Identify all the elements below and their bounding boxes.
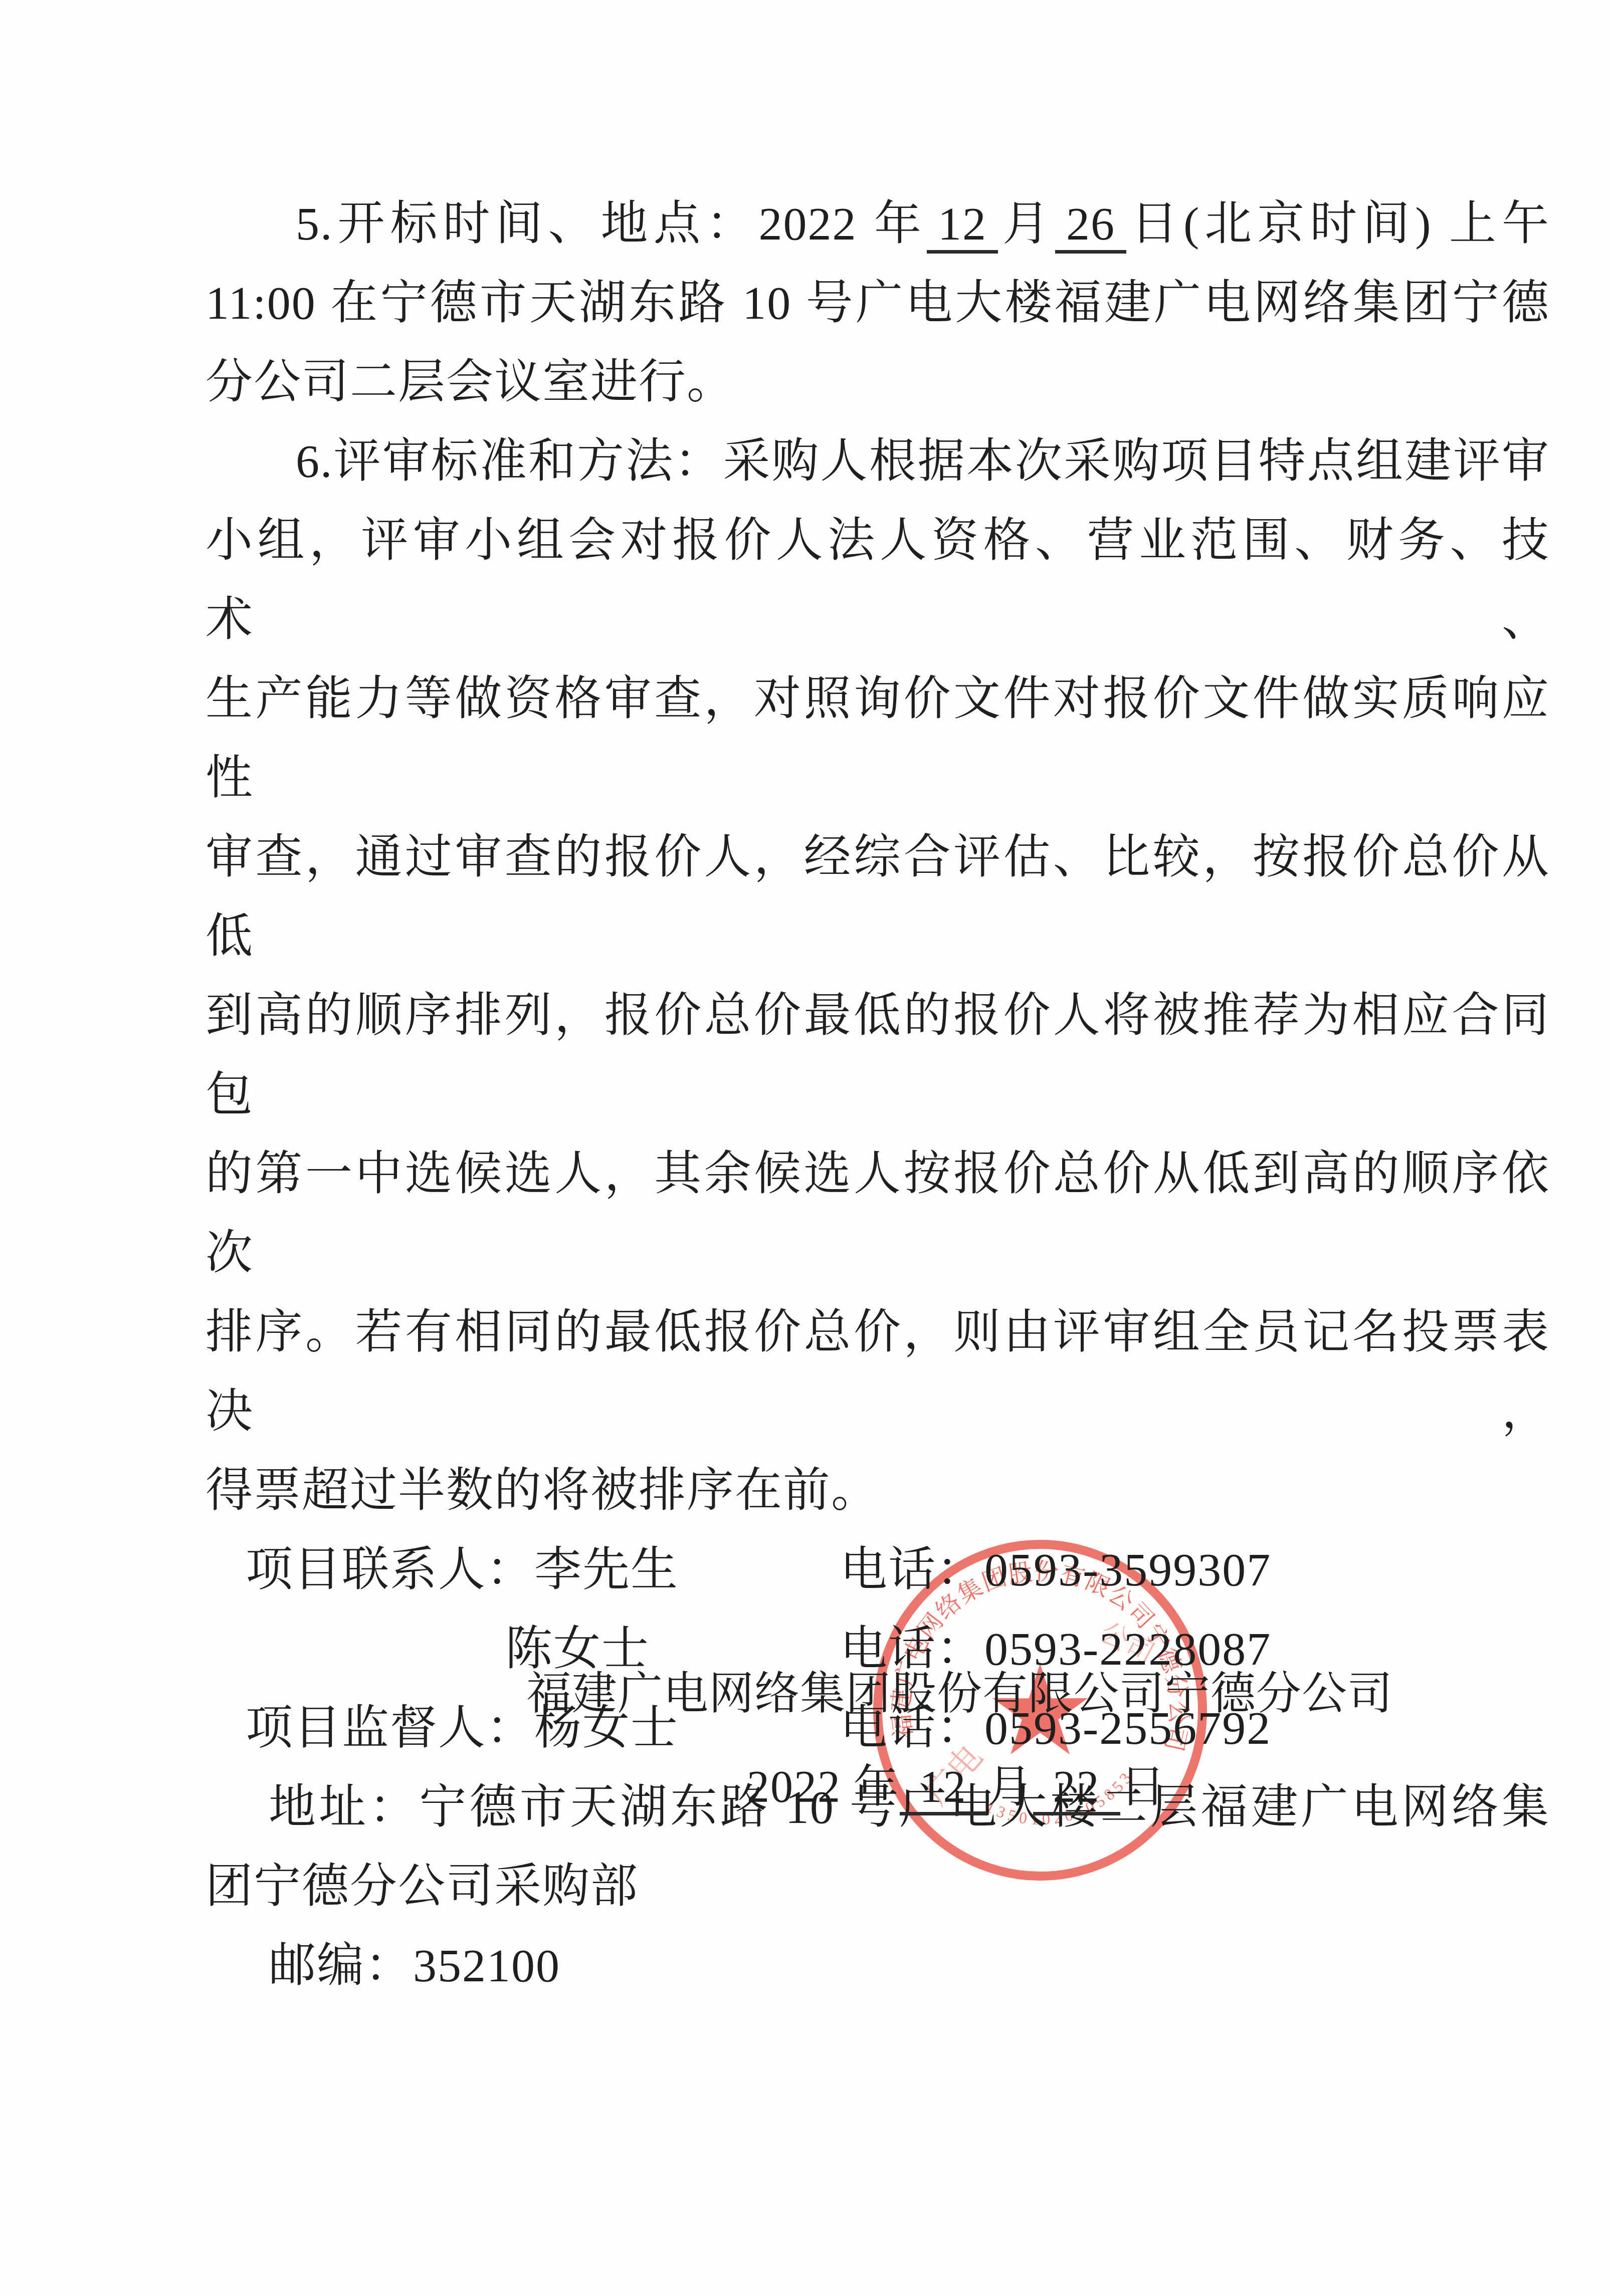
- p6-line-6: 的第一中选候选人，其余候选人按报价总价从低到高的顺序依次: [206, 1134, 1550, 1293]
- phone-label: 电话：: [840, 1544, 984, 1596]
- address-line-2: 团宁德分公司采购部: [206, 1847, 1550, 1926]
- date-post: 日: [1120, 1762, 1166, 1812]
- p6-line-1: 6.评审标准和方法：采购人根据本次采购项目特点组建评审: [206, 422, 1550, 501]
- underlined-day: 26: [1055, 198, 1126, 254]
- p5-line-3: 分公司二层会议室进行。: [206, 343, 1550, 422]
- signature-date: 2022 年12月22日: [747, 1750, 1166, 1815]
- postal-code-line: 邮编：352100: [206, 1926, 1550, 2005]
- p5-line1-pre: 5.开标时间、地点：2022 年: [296, 198, 927, 250]
- p5-line1-post: 日(北京时间) 上午: [1126, 198, 1550, 250]
- p6-line-2: 小组，评审小组会对报价人法人资格、营业范围、财务、技术、: [206, 501, 1550, 659]
- signature-company-name: 福建广电网络集团股份有限公司宁德分公司: [526, 1657, 1393, 1722]
- p6-line-8: 得票超过半数的将被排序在前。: [206, 1451, 1550, 1530]
- body-content: 5.开标时间、地点：2022 年12月26日(北京时间) 上午 11:00 在宁…: [206, 184, 1550, 2005]
- p6-line-5: 到高的顺序排列，报价总价最低的报价人将被推荐为相应合同包: [206, 976, 1550, 1134]
- p5-line-1: 5.开标时间、地点：2022 年12月26日(北京时间) 上午: [206, 184, 1550, 264]
- p5-line-2: 11:00 在宁德市天湖东路 10 号广电大楼福建广电网络集团宁德: [206, 264, 1550, 343]
- scanned-document-page: 福建广电网络集团股份有限公司宁德分公司 13501020105853 广电 公司…: [0, 0, 1610, 2296]
- underlined-month: 12: [927, 198, 998, 254]
- underlined-date-month: 12: [900, 1762, 987, 1815]
- contact-name: 李先生: [534, 1544, 679, 1596]
- contact-phone: 电话：0593-3599307: [840, 1530, 1271, 1610]
- p6-line-3: 生产能力等做资格审查，对照询价文件对报价文件做实质响应性: [206, 659, 1550, 818]
- p5-line1-mid: 月: [998, 198, 1055, 250]
- phone-number: 0593-3599307: [984, 1544, 1271, 1596]
- p6-line-4: 审查，通过审查的报价人，经综合评估、比较，按报价总价从低: [206, 818, 1550, 976]
- underlined-date-day: 22: [1033, 1762, 1120, 1815]
- contact-row-1: 项目联系人：李先生 电话：0593-3599307: [206, 1530, 1550, 1610]
- contact-label: 项目监督人：: [246, 1702, 534, 1754]
- date-mid: 月: [987, 1762, 1033, 1812]
- date-pre: 2022 年: [747, 1762, 900, 1812]
- p6-line-7: 排序。若有相同的最低报价总价，则由评审组全员记名投票表决，: [206, 1293, 1550, 1451]
- contact-label: 项目联系人：: [246, 1544, 534, 1596]
